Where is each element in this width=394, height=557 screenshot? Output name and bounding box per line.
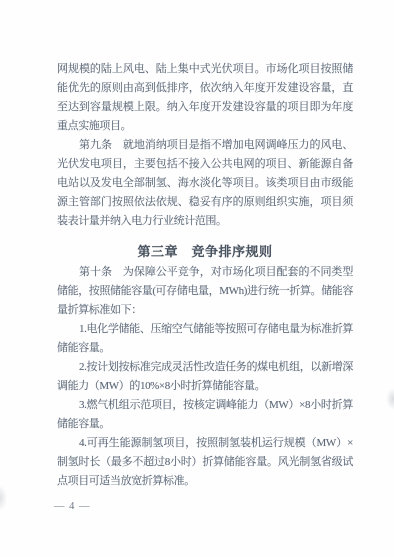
scanned-document-page: 网规模的陆上风电、陆上集中式光伏项目。市场化项目按照储能优先的原则由高到低排序，… [0,0,394,557]
rule-item-3: 3.燃气机组示范项目，按核定调峰能力（MW）×8小时折算储能容量。 [57,396,353,434]
article-10-paragraph: 第十条 为保障公平竞争，对市场化项目配套的不同类型储能，按照储能容量(可存储电量… [57,263,353,320]
chapter-heading: 第三章 竞争排序规则 [57,242,353,261]
rule-item-2: 2.按计划按标准完成灵活性改造任务的煤电机组，以新增深调能力（MW）的10%×8… [57,358,353,396]
scan-artifact-left [0,485,7,511]
continuation-paragraph: 网规模的陆上风电、陆上集中式光伏项目。市场化项目按照储能优先的原则由高到低排序，… [57,60,353,136]
document-body: 网规模的陆上风电、陆上集中式光伏项目。市场化项目按照储能优先的原则由高到低排序，… [57,60,353,491]
article-9-paragraph: 第九条 就地消纳项目是指不增加电网调峰压力的风电、光伏发电项目，主要包括不接入公… [57,136,353,231]
page-number: — 4 — [54,501,91,512]
scan-artifact-right [386,388,394,410]
rule-item-4: 4.可再生能源制氢项目，按照制氢装机运行规模（MW）×制氢时长（最多不超过8小时… [57,434,353,491]
rule-item-1: 1.电化学储能、压缩空气储能等按照可存储电量为标准折算储能容量。 [57,320,353,358]
